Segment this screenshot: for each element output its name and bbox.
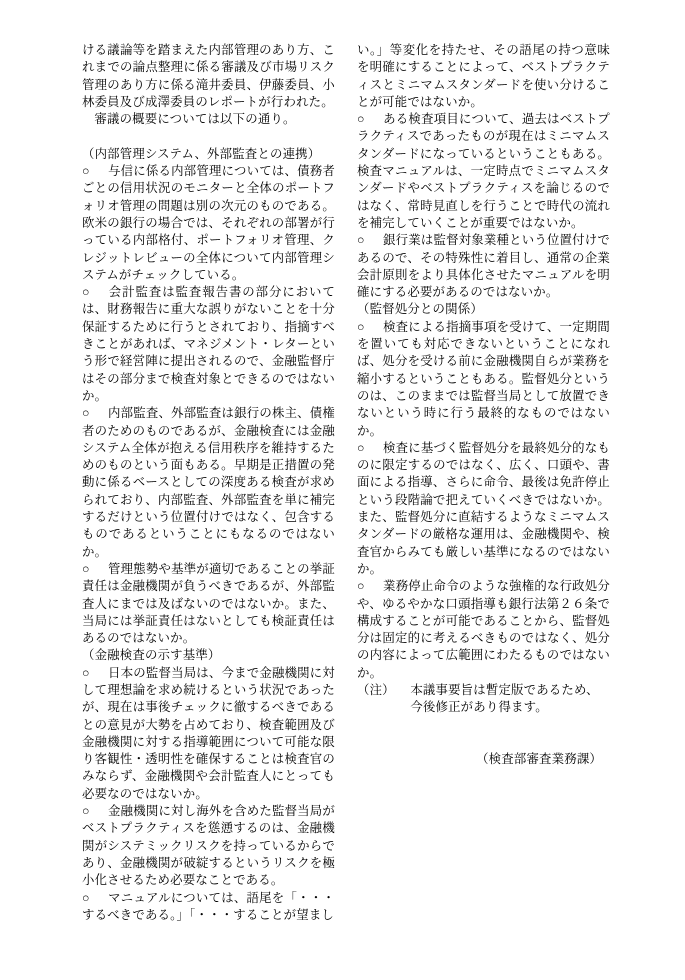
bullet-marker: ○: [357, 319, 383, 336]
text-column-right: い。」等変化を持たせ、その語尾の持つ意味を明確にすることによって、ベストプラクテ…: [357, 42, 610, 768]
bullet-text: 内部監査、外部監査は銀行の株主、債権者のためのものであるが、金融検査には金融シス…: [82, 406, 335, 558]
text-column-left: ける議論等を踏まえた内部管理のあり方、これまでの論点整理に係る審議及び市場リスク…: [82, 42, 335, 924]
bullet-text: マニュアルについては、語尾を「・・・するべきである。」「・・・することが望まし: [82, 891, 335, 922]
bullet-text: 業務停止命令のような強権的な行政処分や、ゆるやかな口頭指導も銀行法第２６条で構成…: [357, 579, 610, 679]
bullet-item: ○業務停止命令のような強権的な行政処分や、ゆるやかな口頭指導も銀行法第２６条で構…: [357, 578, 610, 682]
signature: （検査部審査業務課）: [357, 751, 610, 768]
bullet-item: ○与信に係る内部管理については、債務者ごとの信用状況のモニターと全体のポートフォ…: [82, 163, 335, 284]
bullet-text: 日本の監督当局は、今まで金融機関に対して理想論を求め続けるという状況であったが、…: [82, 666, 335, 801]
bullet-marker: ○: [82, 561, 108, 578]
blank-line: [357, 717, 610, 734]
bullet-item: ○管理態勢や基準が適切であることの挙証責任は金融機関が負うべきであるが、外部監査…: [82, 561, 335, 647]
bullet-item: ○日本の監督当局は、今まで金融機関に対して理想論を求め続けるという状況であったが…: [82, 665, 335, 803]
bullet-marker: ○: [82, 803, 108, 820]
bullet-item: ○金融機関に対し海外を含めた監督当局がベストプラクティスを慫慂するのは、金融機関…: [82, 803, 335, 889]
bullet-marker: ○: [82, 405, 108, 422]
bullet-text: 会計監査は監査報告書の部分においては、財務報告に重大な誤りがないことを十分保証す…: [82, 285, 335, 403]
bullet-marker: ○: [82, 284, 108, 301]
bullet-marker: ○: [82, 665, 108, 682]
section-heading: （金融検査の示す基準）: [82, 647, 335, 664]
section-heading: （監督処分との関係）: [357, 301, 610, 318]
document-page: ける議論等を踏まえた内部管理のあり方、これまでの論点整理に係る審議及び市場リスク…: [0, 0, 685, 980]
bullet-text: 銀行業は監督対象業種という位置付けであるので、その特殊性に着目し、通常の企業会計…: [357, 233, 610, 299]
bullet-item: ○会計監査は監査報告書の部分においては、財務報告に重大な誤りがないことを十分保証…: [82, 284, 335, 405]
bullet-text: 管理態勢や基準が適切であることの挙証責任は金融機関が負うべきであるが、外部監査人…: [82, 562, 335, 645]
paragraph: ける議論等を踏まえた内部管理のあり方、これまでの論点整理に係る審議及び市場リスク…: [82, 42, 335, 111]
bullet-marker: ○: [82, 163, 108, 180]
bullet-item: ○検査による指摘事項を受けて、一定期間を置いても対応できないということになれば、…: [357, 319, 610, 440]
note: （注）本議事要旨は暫定版であるため、今後修正があり得ます。: [357, 682, 610, 717]
note-text: 本議事要旨は暫定版であるため、今後修正があり得ます。: [410, 682, 610, 717]
bullet-item: ○ある検査項目について、過去はベストプラクティスであったものが現在はミニマムスタ…: [357, 111, 610, 232]
bullet-text: 金融機関に対し海外を含めた監督当局がベストプラクティスを慫慂するのは、金融機関が…: [82, 804, 335, 887]
paragraph: 審議の概要については以下の通り。: [82, 111, 335, 128]
bullet-text: ある検査項目について、過去はベストプラクティスであったものが現在はミニマムスタン…: [357, 112, 610, 230]
bullet-item: ○検査に基づく監督処分を最終処分的なものに限定するのではなく、広く、口頭や、書面…: [357, 440, 610, 578]
bullet-marker: ○: [357, 232, 383, 249]
bullet-item: ○マニュアルについては、語尾を「・・・するべきである。」「・・・することが望まし: [82, 890, 335, 925]
paragraph: い。」等変化を持たせ、その語尾の持つ意味を明確にすることによって、ベストプラクテ…: [357, 42, 610, 111]
bullet-item: ○内部監査、外部監査は銀行の株主、債権者のためのものであるが、金融検査には金融シ…: [82, 405, 335, 561]
bullet-item: ○銀行業は監督対象業種という位置付けであるので、その特殊性に着目し、通常の企業会…: [357, 232, 610, 301]
bullet-marker: ○: [82, 890, 108, 907]
bullet-text: 検査に基づく監督処分を最終処分的なものに限定するのではなく、広く、口頭や、書面に…: [357, 441, 610, 576]
blank-line: [82, 128, 335, 145]
section-heading: （内部管理システム、外部監査との連携）: [82, 146, 335, 163]
bullet-marker: ○: [357, 440, 383, 457]
bullet-text: 与信に係る内部管理については、債務者ごとの信用状況のモニターと全体のポートフォリ…: [82, 164, 335, 282]
bullet-text: 検査による指摘事項を受けて、一定期間を置いても対応できないということになれば、処…: [357, 320, 610, 438]
blank-line: [357, 734, 610, 751]
bullet-marker: ○: [357, 578, 383, 595]
note-marker: （注）: [357, 682, 410, 717]
bullet-marker: ○: [357, 111, 383, 128]
